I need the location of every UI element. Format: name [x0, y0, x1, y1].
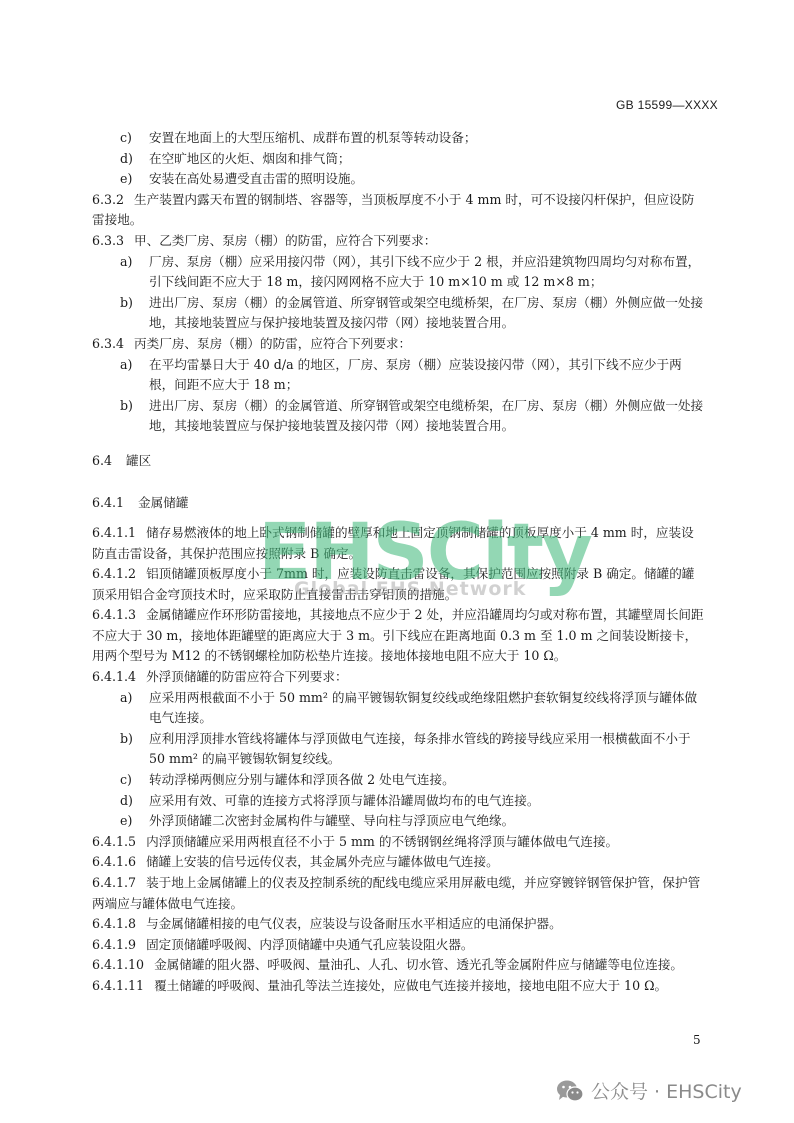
clause-number: 6.4.1.9: [92, 935, 136, 956]
clause: 6.4.1.8与金属储罐相接的电气仪表，应装设与设备耐压水平相适应的电涌保护器。: [92, 914, 706, 935]
clause-text: 丙类厂房、泵房（棚）的防雷，应符合下列要求：: [134, 336, 411, 351]
item-text: 应采用有效、可靠的连接方式将浮顶与罐体沿罐周做均布的电气连接。: [149, 793, 539, 808]
item-label: b): [120, 729, 133, 750]
list-item: e)安装在高处易遭受直击雷的照明设施。: [92, 169, 706, 190]
clause-text: 储存易燃液体的地上卧式钢制储罐的壁厚和地上固定顶钢制储罐的顶板厚度小于 4 mm…: [92, 525, 694, 561]
clause-text: 装于地上金属储罐上的仪表及控制系统的配线电缆应采用屏蔽电缆，并应穿镀锌钢管保护管…: [92, 875, 700, 911]
section-number: 6.4: [92, 453, 112, 468]
item-label: c): [120, 770, 132, 791]
list-item: d)应采用有效、可靠的连接方式将浮顶与罐体沿罐周做均布的电气连接。: [92, 791, 706, 812]
item-label: b): [120, 293, 133, 314]
item-text: 厂房、泵房（棚）应采用接闪带（网），其引下线不应少于 2 根，并应沿建筑物四周均…: [149, 254, 700, 290]
item-text: 转动浮梯两侧应分别与罐体和浮顶各做 2 处电气连接。: [149, 772, 455, 787]
clause-number: 6.4.1.4: [92, 667, 136, 688]
item-text: 进出厂房、泵房（棚）的金属管道、所穿钢管或架空电缆桥架，在厂房、泵房（棚）外侧应…: [149, 295, 703, 331]
section-heading: 6.4罐区: [92, 447, 706, 483]
clause: 6.4.1.9固定顶储罐呼吸阀、内浮顶储罐中央通气孔应装设阻火器。: [92, 935, 706, 956]
clause: 6.4.1.7装于地上金属储罐上的仪表及控制系统的配线电缆应采用屏蔽电缆，并应穿…: [92, 873, 706, 914]
clause: 6.3.4丙类厂房、泵房（棚）的防雷，应符合下列要求：: [92, 334, 706, 355]
clause-number: 6.4.1.11: [92, 976, 144, 997]
page-number: 5: [693, 1033, 701, 1047]
clause-text: 金属储罐的阻火器、呼吸阀、量油孔、人孔、切水管、透光孔等金属附件应与储罐等电位连…: [154, 957, 683, 972]
clause: 6.4.1.2铝顶储罐顶板厚度小于 7mm 时，应装设防直击雷设备，其保护范围应…: [92, 564, 706, 605]
clause-text: 金属储罐应作环形防雷接地，其接地点不应少于 2 处，并应沿罐周均匀或对称布置，其…: [92, 607, 704, 663]
item-label: a): [120, 252, 132, 273]
subsection-heading: 6.4.1金属储罐: [92, 483, 706, 523]
standard-code: GB 15599—XXXX: [616, 98, 718, 112]
clause-number: 6.4.1.8: [92, 914, 136, 935]
list-item: e)外浮顶储罐二次密封金属构件与罐壁、导向柱与浮顶应电气绝缘。: [92, 811, 706, 832]
clause: 6.3.2生产装置内露天布置的钢制塔、容器等，当顶板厚度不小于 4 mm 时，可…: [92, 190, 706, 231]
clause-text: 生产装置内露天布置的钢制塔、容器等，当顶板厚度不小于 4 mm 时，可不设接闪杆…: [92, 192, 694, 228]
document-body: c)安置在地面上的大型压缩机、成群布置的机泵等转动设备； d)在空旷地区的火炬、…: [92, 128, 706, 997]
clause-text: 甲、乙类厂房、泵房（棚）的防雷，应符合下列要求：: [134, 233, 436, 248]
item-label: a): [120, 355, 132, 376]
clause-text: 固定顶储罐呼吸阀、内浮顶储罐中央通气孔应装设阻火器。: [146, 937, 473, 952]
clause-number: 6.3.2: [92, 190, 124, 211]
clause-number: 6.4.1.10: [92, 955, 144, 976]
clause-text: 铝顶储罐顶板厚度小于 7mm 时，应装设防直击雷设备，其保护范围应按照附录 B …: [92, 566, 694, 602]
clause-number: 6.4.1.2: [92, 564, 136, 585]
item-label: d): [120, 791, 133, 812]
item-label: b): [120, 396, 133, 417]
subsection-number: 6.4.1: [92, 495, 124, 510]
list-item: a)应采用两根截面不小于 50 mm² 的扁平镀锡软铜复绞线或绝缘阻燃护套软铜复…: [92, 688, 706, 729]
clause: 6.3.3甲、乙类厂房、泵房（棚）的防雷，应符合下列要求：: [92, 231, 706, 252]
clause-number: 6.4.1.5: [92, 832, 136, 853]
item-label: e): [120, 169, 132, 190]
item-text: 安置在地面上的大型压缩机、成群布置的机泵等转动设备；: [149, 130, 476, 145]
item-label: c): [120, 128, 132, 149]
clause-text: 内浮顶储罐应采用两根直径不小于 5 mm 的不锈钢钢丝绳将浮顶与罐体做电气连接。: [146, 834, 618, 849]
footer-brand: 公众号 · EHSCity: [556, 1077, 742, 1104]
clause: 6.4.1.10金属储罐的阻火器、呼吸阀、量油孔、人孔、切水管、透光孔等金属附件…: [92, 955, 706, 976]
item-label: e): [120, 811, 132, 832]
item-text: 安装在高处易遭受直击雷的照明设施。: [149, 171, 363, 186]
list-item: c)转动浮梯两侧应分别与罐体和浮顶各做 2 处电气连接。: [92, 770, 706, 791]
clause-number: 6.3.3: [92, 231, 124, 252]
clause-text: 储罐上安装的信号远传仪表，其金属外壳应与罐体做电气连接。: [146, 854, 499, 869]
brand-text: 公众号 · EHSCity: [591, 1077, 742, 1104]
clause-text: 与金属储罐相接的电气仪表，应装设与设备耐压水平相适应的电涌保护器。: [146, 916, 562, 931]
item-text: 应采用两根截面不小于 50 mm² 的扁平镀锡软铜复绞线或绝缘阻燃护套软铜复绞线…: [149, 690, 697, 726]
clause: 6.4.1.6储罐上安装的信号远传仪表，其金属外壳应与罐体做电气连接。: [92, 852, 706, 873]
list-item: b)进出厂房、泵房（棚）的金属管道、所穿钢管或架空电缆桥架，在厂房、泵房（棚）外…: [92, 396, 706, 437]
clause: 6.4.1.3金属储罐应作环形防雷接地，其接地点不应少于 2 处，并应沿罐周均匀…: [92, 605, 706, 667]
subsection-title: 金属储罐: [138, 495, 188, 510]
list-item: a)厂房、泵房（棚）应采用接闪带（网），其引下线不应少于 2 根，并应沿建筑物四…: [92, 252, 706, 293]
clause: 6.4.1.1储存易燃液体的地上卧式钢制储罐的壁厚和地上固定顶钢制储罐的顶板厚度…: [92, 523, 706, 564]
item-text: 在空旷地区的火炬、烟囱和排气筒；: [149, 151, 351, 166]
clause: 6.4.1.5内浮顶储罐应采用两根直径不小于 5 mm 的不锈钢钢丝绳将浮顶与罐…: [92, 832, 706, 853]
clause-number: 6.3.4: [92, 334, 124, 355]
clause-text: 外浮顶储罐的防雷应符合下列要求：: [146, 669, 348, 684]
list-item: c)安置在地面上的大型压缩机、成群布置的机泵等转动设备；: [92, 128, 706, 149]
clause-text: 覆土储罐的呼吸阀、量油孔等法兰连接处，应做电气连接并接地，接地电阻不应大于 10…: [154, 978, 667, 993]
item-label: a): [120, 688, 132, 709]
clause-number: 6.4.1.3: [92, 605, 136, 626]
clause-number: 6.4.1.7: [92, 873, 136, 894]
clause: 6.4.1.11覆土储罐的呼吸阀、量油孔等法兰连接处，应做电气连接并接地，接地电…: [92, 976, 706, 997]
wechat-icon: [556, 1079, 584, 1103]
item-text: 应利用浮顶排水管线将罐体与浮顶做电气连接，每条排水管线的跨接导线应采用一根横截面…: [149, 731, 691, 767]
list-item: b)进出厂房、泵房（棚）的金属管道、所穿钢管或架空电缆桥架，在厂房、泵房（棚）外…: [92, 293, 706, 334]
list-item: d)在空旷地区的火炬、烟囱和排气筒；: [92, 149, 706, 170]
list-item: a)在平均雷暴日大于 40 d/a 的地区，厂房、泵房（棚）应装设接闪带（网），…: [92, 355, 706, 396]
item-text: 进出厂房、泵房（棚）的金属管道、所穿钢管或架空电缆桥架，在厂房、泵房（棚）外侧应…: [149, 398, 703, 434]
clause: 6.4.1.4外浮顶储罐的防雷应符合下列要求：: [92, 667, 706, 688]
list-item: b)应利用浮顶排水管线将罐体与浮顶做电气连接，每条排水管线的跨接导线应采用一根横…: [92, 729, 706, 770]
item-text: 在平均雷暴日大于 40 d/a 的地区，厂房、泵房（棚）应装设接闪带（网），其引…: [149, 357, 682, 393]
item-label: d): [120, 149, 133, 170]
clause-number: 6.4.1.1: [92, 523, 136, 544]
clause-number: 6.4.1.6: [92, 852, 136, 873]
section-title: 罐区: [126, 453, 151, 468]
item-text: 外浮顶储罐二次密封金属构件与罐壁、导向柱与浮顶应电气绝缘。: [149, 813, 514, 828]
